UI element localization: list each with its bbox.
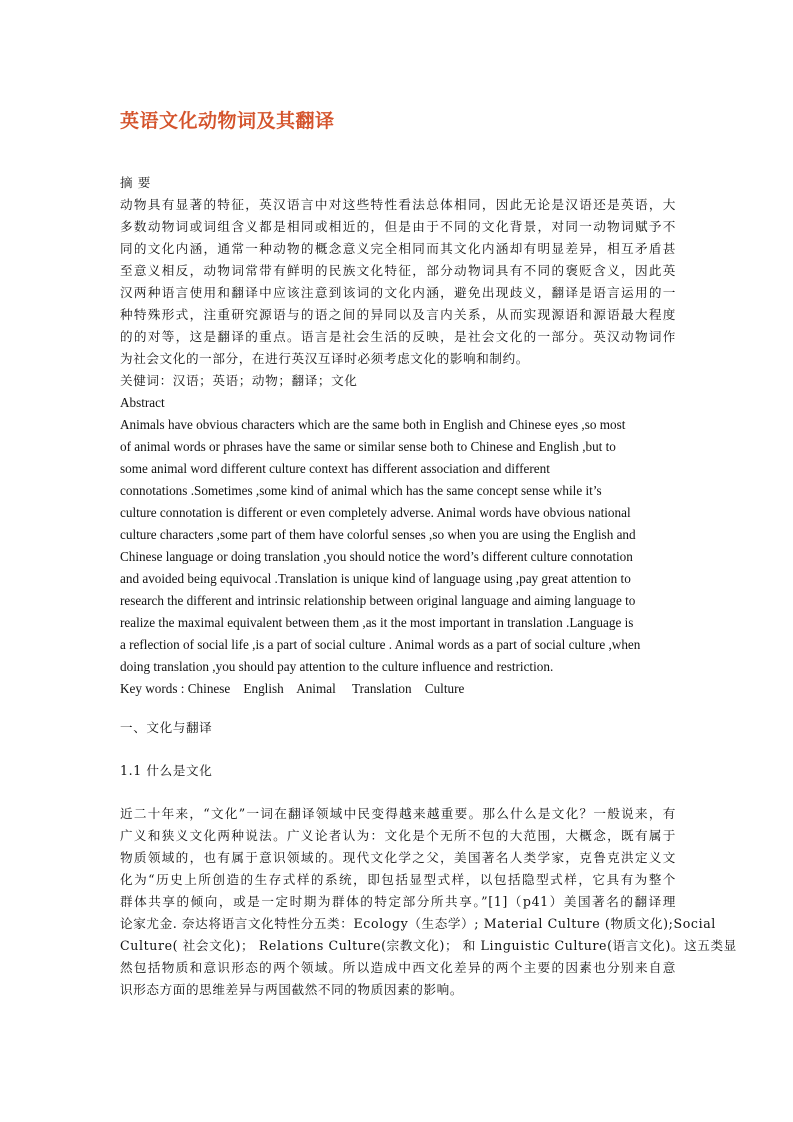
subsection-heading: 1.1 什么是文化 — [120, 760, 212, 782]
body-line: 物质领域的，也有属于意识领域的。现代文化学之父，美国著名人类学家，克鲁克洪定义文 — [120, 847, 676, 869]
abstract-en-line: Chinese language or doing translation ,y… — [120, 546, 633, 568]
abstract-en-line: and avoided being equivocal .Translation… — [120, 568, 631, 590]
abstract-en-line: doing translation ,you should pay attent… — [120, 656, 553, 678]
abstract-en-line: research the different and intrinsic rel… — [120, 590, 635, 612]
abstract-cn-line: 为社会文化的一部分，在进行英汉互译时必须考虑文化的影响和制约。 — [120, 348, 529, 370]
abstract-en-keywords: Key words : Chinese English Animal Trans… — [120, 678, 464, 700]
abstract-en-line: culture characters ,some part of them ha… — [120, 524, 636, 546]
section-heading: 一、文化与翻译 — [120, 717, 212, 739]
abstract-en-line: connotations .Sometimes ,some kind of an… — [120, 480, 602, 502]
abstract-en-line: of animal words or phrases have the same… — [120, 436, 616, 458]
body-line: 近二十年来，“文化”一词在翻译领域中民变得越来越重要。那么什么是文化？一般说来，… — [120, 803, 676, 825]
body-line: 然包括物质和意识形态的两个领域。所以造成中西文化差异的两个主要的因素也分别来自意 — [120, 957, 676, 979]
body-line: Culture( 社会文化)； Relations Culture(宗教文化)；… — [120, 935, 676, 957]
body-line: 广义和狭义文化两种说法。广义论者认为：文化是个无所不包的大范围，大概念，既有属于 — [120, 825, 676, 847]
abstract-cn-line: 同的文化内涵，通常一种动物的概念意义完全相同而其文化内涵却有明显差异，相互矛盾甚 — [120, 238, 676, 260]
abstract-cn-line: 汉两种语言使用和翻译中应该注意到该词的文化内涵，避免出现歧义，翻译是语言运用的一 — [120, 282, 676, 304]
abstract-cn-line: 的的对等，这是翻译的重点。语言是社会生活的反映，是社会文化的一部分。英汉动物词作 — [120, 326, 676, 348]
document-title: 英语文化动物词及其翻译 — [120, 106, 335, 133]
abstract-en-line: Animals have obvious characters which ar… — [120, 414, 625, 436]
abstract-cn-line: 种特殊形式，注重研究源语与的语之间的异同以及言内关系，从而实现源语和源语最大程度 — [120, 304, 676, 326]
abstract-cn-heading: 摘 要 — [120, 172, 151, 194]
abstract-en-line: realize the maximal equivalent between t… — [120, 612, 633, 634]
abstract-en-line: some animal word different culture conte… — [120, 458, 550, 480]
body-line: 群体共享的倾向，或是一定时期为群体的特定部分所共享。”[1]（p41）美国著名的… — [120, 891, 676, 913]
abstract-cn-line: 至意义相反，动物词常带有鲜明的民族文化特征，部分动物词具有不同的褒贬含义，因此英 — [120, 260, 676, 282]
abstract-cn-line: 动物具有显著的特征，英汉语言中对这些特性看法总体相同，因此无论是汉语还是英语，大 — [120, 194, 676, 216]
abstract-cn-keywords: 关健词：汉语；英语；动物；翻译；文化 — [120, 370, 358, 392]
body-line: 化为“历史上所创造的生存式样的系统，即包括显型式样，以包括隐型式样，它具有为整个 — [120, 869, 676, 891]
abstract-en-line: a reflection of social life ,is a part o… — [120, 634, 640, 656]
abstract-en-line: culture connotation is different or even… — [120, 502, 631, 524]
body-line: 识形态方面的思维差异与两国截然不同的物质因素的影响。 — [120, 979, 463, 1001]
abstract-en-heading: Abstract — [120, 392, 165, 414]
abstract-cn-line: 多数动物词或词组含义都是相同或相近的，但是由于不同的文化背景，对同一动物词赋予不 — [120, 216, 676, 238]
body-line: 论家尤金. 奈达将语言文化特性分五类：Ecology（生态学）; Materia… — [120, 913, 676, 935]
